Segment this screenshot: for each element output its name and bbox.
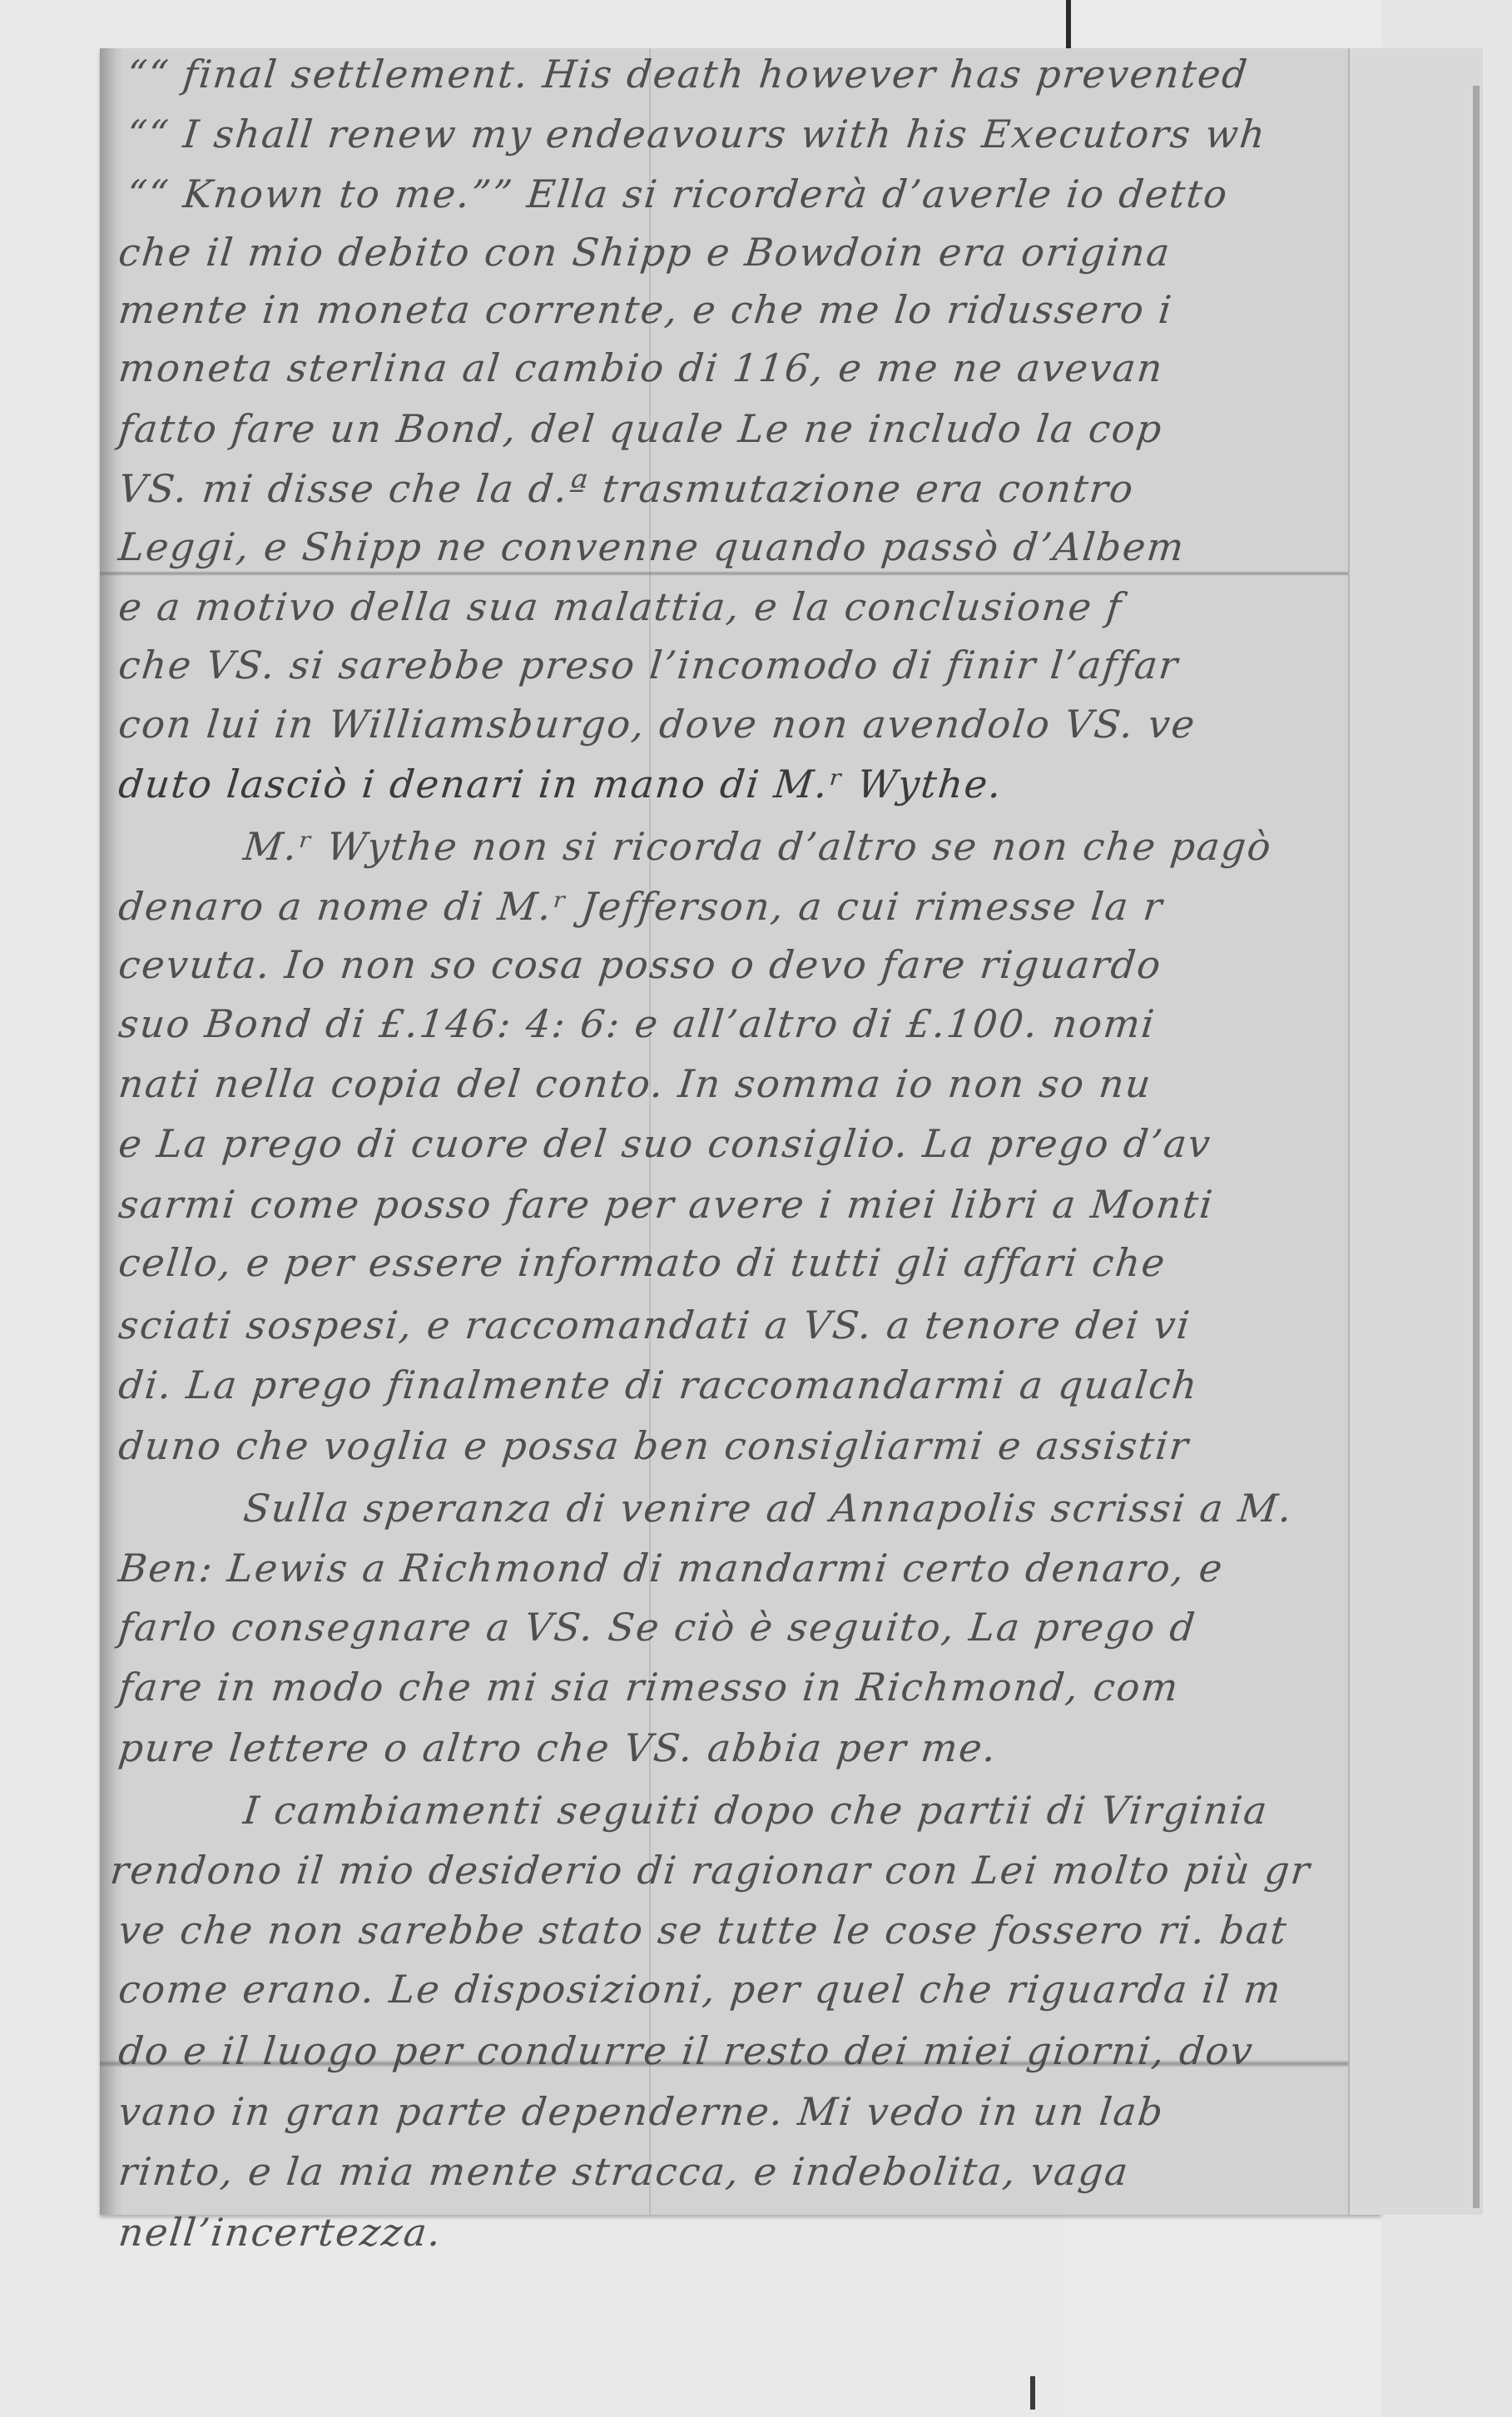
- text-line: mente in moneta corrente, e che me lo ri…: [116, 287, 1175, 332]
- text-line: I cambiamenti seguiti dopo che partii di…: [241, 1788, 1271, 1833]
- text-line: nati nella copia del conto. In somma io …: [116, 1061, 1154, 1106]
- text-line: e a motivo della sua malattia, e la conc…: [116, 584, 1125, 629]
- text-line: ve che non sarebbe stato se tutte le cos…: [116, 1908, 1290, 1953]
- text-line: duno che voglia e possa ben consigliarmi…: [116, 1423, 1192, 1468]
- text-line: denaro a nome di M.ʳ Jefferson, a cui ri…: [116, 884, 1166, 929]
- text-line: duto lasciò i denari in mano di M.ʳ Wyth…: [116, 762, 1005, 806]
- text-line: cevuta. Io non so cosa posso o devo fare…: [116, 942, 1164, 987]
- text-line: sarmi come posso fare per avere i miei l…: [116, 1182, 1216, 1227]
- text-line: fare in modo che mi sia rimesso in Richm…: [116, 1665, 1182, 1710]
- text-line: di. La prego finalmente di raccomandarmi…: [116, 1362, 1201, 1407]
- text-line: VS. mi disse che la d.ª trasmutazione er…: [116, 466, 1137, 511]
- text-line: farlo consegnare a VS. Se ciò è seguito,…: [116, 1605, 1198, 1650]
- text-line: do e il luogo per condurre il resto dei …: [116, 2028, 1257, 2073]
- horizontal-fold: [100, 571, 1381, 576]
- text-line: rendono il mio desiderio di ragionar con…: [108, 1848, 1313, 1893]
- text-line: cello, e per essere informato di tutti g…: [116, 1240, 1168, 1285]
- text-line: ““ Known to me.”” Ella si ricorderà d’av…: [125, 171, 1231, 216]
- text-line: Sulla speranza di venire ad Annapolis sc…: [241, 1486, 1296, 1531]
- text-line: che VS. si sarebbe preso l’incomodo di f…: [116, 643, 1182, 687]
- text-line: pure lettere o altro che VS. abbia per m…: [116, 1725, 999, 1770]
- text-line: moneta sterlina al cambio di 116, e me n…: [116, 345, 1166, 390]
- text-line: Ben: Lewis a Richmond di mandarmi certo …: [116, 1546, 1226, 1591]
- text-line: M.ʳ Wythe non si ricorda d’altro se non …: [241, 824, 1275, 869]
- right-margin-strip: [1348, 48, 1483, 2215]
- text-line: suo Bond di £.146: 4: 6: e all’altro di …: [116, 1001, 1158, 1046]
- text-line: Leggi, e Shipp ne convenne quando passò …: [116, 524, 1187, 569]
- binding-mark: [1066, 0, 1071, 50]
- right-page-edge: [1473, 86, 1480, 2208]
- text-line: come erano. Le disposizioni, per quel ch…: [116, 1967, 1284, 2012]
- text-line: vano in gran parte dependerne. Mi vedo i…: [116, 2089, 1167, 2134]
- text-line: ““ I shall renew my endeavours with his …: [125, 112, 1269, 156]
- text-line: con lui in Williamsburgo, dove non avend…: [116, 702, 1198, 747]
- text-line: e La prego di cuore del suo consiglio. L…: [116, 1121, 1214, 1166]
- binding-mark-bottom: [1030, 2376, 1035, 2410]
- text-line: sciati sospesi, e raccomandati a VS. a t…: [116, 1303, 1193, 1347]
- text-line: che il mio debito con Shipp e Bowdoin er…: [116, 230, 1173, 275]
- text-line: fatto fare un Bond, del quale Le ne incl…: [116, 406, 1165, 451]
- text-line: ““ final settlement. His death however h…: [125, 52, 1251, 97]
- text-line: nell’incertezza.: [116, 2210, 444, 2255]
- text-line: rinto, e la mia mente stracca, e indebol…: [116, 2149, 1132, 2194]
